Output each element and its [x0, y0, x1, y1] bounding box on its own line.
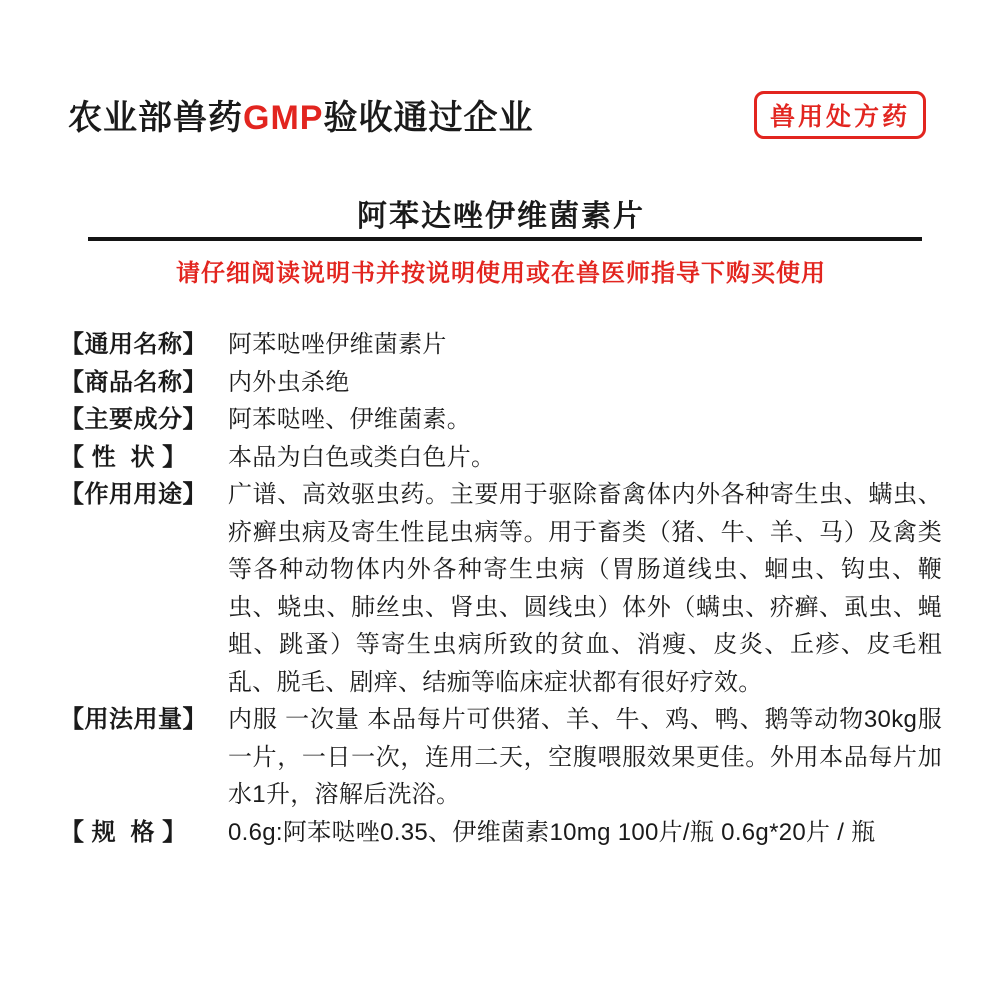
spec-row-dosage: 【用法用量】 内服 一次量 本品每片可供猪、羊、牛、鸡、鸭、鹅等动物30kg服一…	[60, 701, 942, 814]
gmp-certification-heading: 农业部兽药GMP验收通过企业	[68, 90, 533, 139]
spec-row-generic-name: 【通用名称】 阿苯哒唑伊维菌素片	[60, 326, 942, 364]
spec-row-indications: 【作用用途】 广谱、高效驱虫药。主要用于驱除畜禽体内外各种寄生虫、螨虫、疥癣虫病…	[60, 476, 942, 701]
spec-row-appearance: 【 性 状 】 本品为白色或类白色片。	[60, 439, 942, 477]
spec-value: 阿苯哒唑、伊维菌素。	[228, 401, 942, 439]
spec-label: 【用法用量】	[60, 701, 228, 739]
spec-label: 【 性 状 】	[60, 439, 228, 477]
spec-list: 【通用名称】 阿苯哒唑伊维菌素片 【商品名称】 内外虫杀绝 【主要成分】 阿苯哒…	[60, 326, 942, 851]
spec-value: 内服 一次量 本品每片可供猪、羊、牛、鸡、鸭、鹅等动物30kg服一片，一日一次，…	[228, 701, 942, 814]
spec-label: 【 规 格 】	[60, 814, 228, 852]
spec-value: 广谱、高效驱虫药。主要用于驱除畜禽体内外各种寄生虫、螨虫、疥癣虫病及寄生性昆虫病…	[228, 476, 942, 701]
prescription-drug-badge: 兽用处方药	[754, 91, 926, 139]
spec-row-ingredients: 【主要成分】 阿苯哒唑、伊维菌素。	[60, 401, 942, 439]
spec-label: 【通用名称】	[60, 326, 228, 364]
product-title: 阿苯达唑伊维菌素片	[0, 191, 1002, 235]
cert-suffix: 验收通过企业	[323, 99, 533, 137]
spec-value: 本品为白色或类白色片。	[228, 439, 942, 477]
usage-notice: 请仔细阅读说明书并按说明使用或在兽医师指导下购买使用	[0, 253, 1002, 288]
spec-label: 【商品名称】	[60, 364, 228, 402]
cert-prefix: 农业部兽药	[68, 99, 243, 137]
spec-value: 阿苯哒唑伊维菌素片	[228, 326, 942, 364]
cert-gmp-highlight: GMP	[243, 99, 323, 137]
spec-value: 0.6g:阿苯哒唑0.35、伊维菌素10mg 100片/瓶 0.6g*20片 /…	[228, 814, 942, 852]
spec-label: 【主要成分】	[60, 401, 228, 439]
header: 农业部兽药GMP验收通过企业 兽用处方药	[68, 90, 926, 139]
divider-line	[88, 237, 922, 241]
spec-value: 内外虫杀绝	[228, 364, 942, 402]
spec-row-trade-name: 【商品名称】 内外虫杀绝	[60, 364, 942, 402]
spec-row-specification: 【 规 格 】 0.6g:阿苯哒唑0.35、伊维菌素10mg 100片/瓶 0.…	[60, 814, 942, 852]
spec-label: 【作用用途】	[60, 476, 228, 514]
